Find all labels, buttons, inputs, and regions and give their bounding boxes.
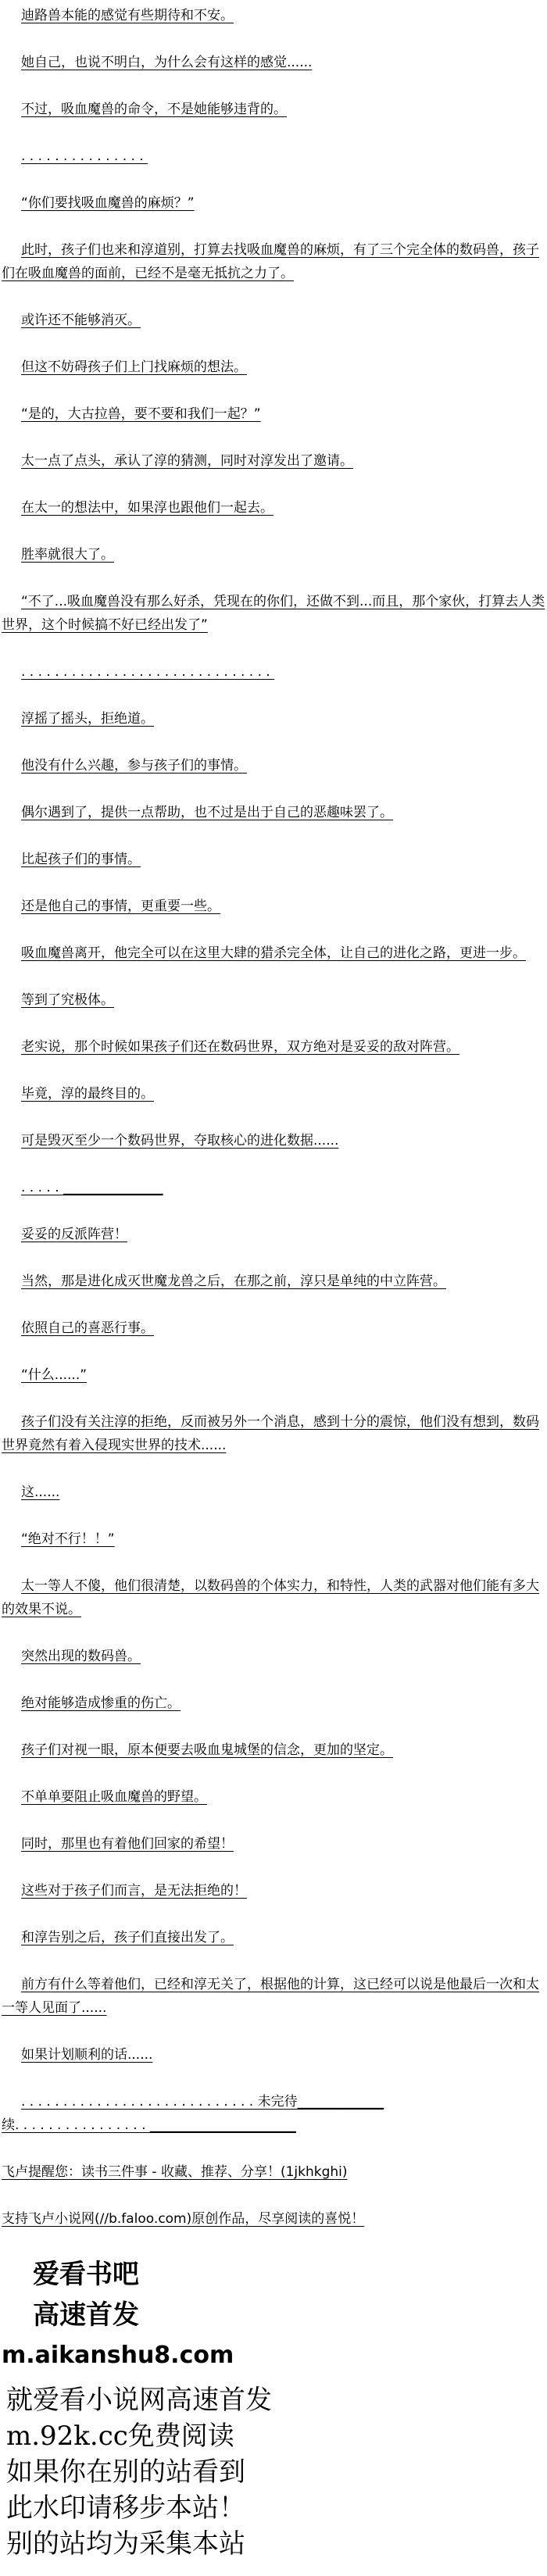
promo-site-name: 爱看书吧 bbox=[0, 2254, 547, 2295]
faloo-support-line: 支持飞卢小说网(//b.faloo.com)原创作品，尽享阅读的喜悦！ bbox=[2, 2207, 545, 2231]
paragraph: 吸血魔兽离开，他完全可以在这里大肆的猎杀完全体，让自己的进化之路，更进一步。 bbox=[2, 941, 545, 965]
chapter-text: 迪路兽本能的感觉有些期待和不安。 她自己，也说不明白，为什么会有这样的感觉...… bbox=[0, 4, 547, 2231]
paragraph: 在太一的想法中，如果淳也跟他们一起去。 bbox=[2, 496, 545, 520]
paragraph: 太一点了点头，承认了淳的猜测，同时对淳发出了邀请。 bbox=[2, 449, 545, 473]
paragraph: 胜率就很大了。 bbox=[2, 543, 545, 566]
to-be-continued-line: . . . . . . . . . . . . . . . . . . . . … bbox=[2, 2090, 545, 2137]
paragraph: 不单单要阻止吸血魔兽的野望。 bbox=[2, 1785, 545, 1809]
paragraph: 淳摇了摇头，拒绝道。 bbox=[2, 707, 545, 731]
paragraph: 孩子们没有关注淳的拒绝，反而被另外一个消息，感到十分的震惊，他们没有想到，数码世… bbox=[2, 1410, 545, 1457]
paragraph: 如果计划顺利的话...... bbox=[2, 2043, 545, 2067]
paragraph: 但这不妨碍孩子们上门找麻烦的想法。 bbox=[2, 355, 545, 379]
dots-separator: . . . . . . . . . . . . . . . bbox=[2, 145, 545, 168]
paragraph: 突然出现的数码兽。 bbox=[2, 1645, 545, 1668]
dialogue-paragraph: “你们要找吸血魔兽的麻烦？” bbox=[2, 191, 545, 215]
paragraph: 迪路兽本能的感觉有些期待和不安。 bbox=[2, 4, 545, 27]
aikanshu-watermark-block: 爱看书吧 高速首发 m.aikanshu8.com bbox=[0, 2254, 547, 2376]
paragraph: 和淳告别之后，孩子们直接出发了。 bbox=[2, 1926, 545, 1949]
paragraph: 或许还不能够消灭。 bbox=[2, 309, 545, 332]
paragraph: 此时，孩子们也来和淳道别，打算去找吸血魔兽的麻烦，有了三个完全体的数码兽，孩子们… bbox=[2, 238, 545, 285]
dialogue-paragraph: “是的，大古拉兽，要不要和我们一起？” bbox=[2, 402, 545, 426]
paragraph: 太一等人不傻，他们很清楚，以数码兽的个体实力，和特性，人类的武器对他们能有多大的… bbox=[2, 1574, 545, 1621]
paragraph: 老实说，那个时候如果孩子们还在数码世界，双方绝对是妥妥的敌对阵营。 bbox=[2, 1035, 545, 1059]
paragraph: 绝对能够造成惨重的伤亡。 bbox=[2, 1692, 545, 1715]
dialogue-paragraph: “什么......” bbox=[2, 1363, 545, 1387]
dialogue-paragraph: “绝对不行！！” bbox=[2, 1527, 545, 1551]
paragraph: 她自己，也说不明白，为什么会有这样的感觉...... bbox=[2, 51, 545, 74]
dialogue-paragraph: “不了...吸血魔兽没有那么好杀，凭现在的你们，还做不到...而且，那个家伙，打… bbox=[2, 590, 545, 637]
promo-tagline: 高速首发 bbox=[0, 2295, 547, 2335]
paragraph: 同时，那里也有着他们回家的希望！ bbox=[2, 1832, 545, 1856]
novel-reader-page: { "page": { "background": "#ffffff", "te… bbox=[0, 4, 547, 2576]
promo-domain-url: m.aikanshu8.com bbox=[0, 2335, 547, 2376]
watermark-line: 此水印请移步本站！ bbox=[6, 2490, 547, 2526]
paragraph: 还是他自己的事情，更重要一些。 bbox=[2, 895, 545, 918]
paragraph: 这些对于孩子们而言，是无法拒绝的！ bbox=[2, 1879, 545, 1903]
to-be-continued-line-2: 续. . . . . . . . . . . . . . . . _______… bbox=[2, 2113, 545, 2137]
paragraph: 等到了究极体。 bbox=[2, 988, 545, 1012]
watermark-line: 就爱看小说网高速首发 bbox=[6, 2382, 547, 2418]
watermark-line: m.92k.cc免费阅读 bbox=[6, 2418, 547, 2454]
paragraph: 毕竟，淳的最终目的。 bbox=[2, 1082, 545, 1106]
watermark-line: 别的站均为采集本站 bbox=[6, 2526, 547, 2562]
paragraph: 当然，那是进化成灭世魔龙兽之后，在那之前，淳只是单纯的中立阵营。 bbox=[2, 1270, 545, 1293]
paragraph: 比起孩子们的事情。 bbox=[2, 848, 545, 871]
paragraph: 可是毁灭至少一个数码世界，夺取核心的进化数据...... bbox=[2, 1129, 545, 1152]
paragraph: 前方有什么等着他们，已经和淳无关了，根据他的计算，这已经可以说是他最后一次和太一… bbox=[2, 1973, 545, 2020]
paragraph: 妥妥的反派阵营！ bbox=[2, 1223, 545, 1246]
dots-separator: . . . . . . . . . . . . . . . . . . . . … bbox=[2, 660, 545, 684]
dots-separator: . . . . . _______________ bbox=[2, 1176, 545, 1199]
faloo-reminder-line: 飞卢提醒您：读书三件事 - 收藏、推荐、分享！(1jkhkghi) bbox=[2, 2160, 545, 2184]
92k-watermark-block: 就爱看小说网高速首发 m.92k.cc免费阅读 如果你在别的站看到 此水印请移步… bbox=[0, 2382, 547, 2562]
paragraph: 偶尔遇到了，提供一点帮助，也不过是出于自己的恶趣味罢了。 bbox=[2, 801, 545, 824]
paragraph: 他没有什么兴趣，参与孩子们的事情。 bbox=[2, 754, 545, 777]
paragraph: 孩子们对视一眼，原本便要去吸血鬼城堡的信念，更加的坚定。 bbox=[2, 1738, 545, 1762]
paragraph: 这...... bbox=[2, 1481, 545, 1504]
paragraph: 不过，吸血魔兽的命令，不是她能够违背的。 bbox=[2, 98, 545, 121]
paragraph: 依照自己的喜恶行事。 bbox=[2, 1317, 545, 1340]
to-be-continued-line-1: . . . . . . . . . . . . . . . . . . . . … bbox=[2, 2090, 545, 2113]
watermark-line: 如果你在别的站看到 bbox=[6, 2454, 547, 2490]
